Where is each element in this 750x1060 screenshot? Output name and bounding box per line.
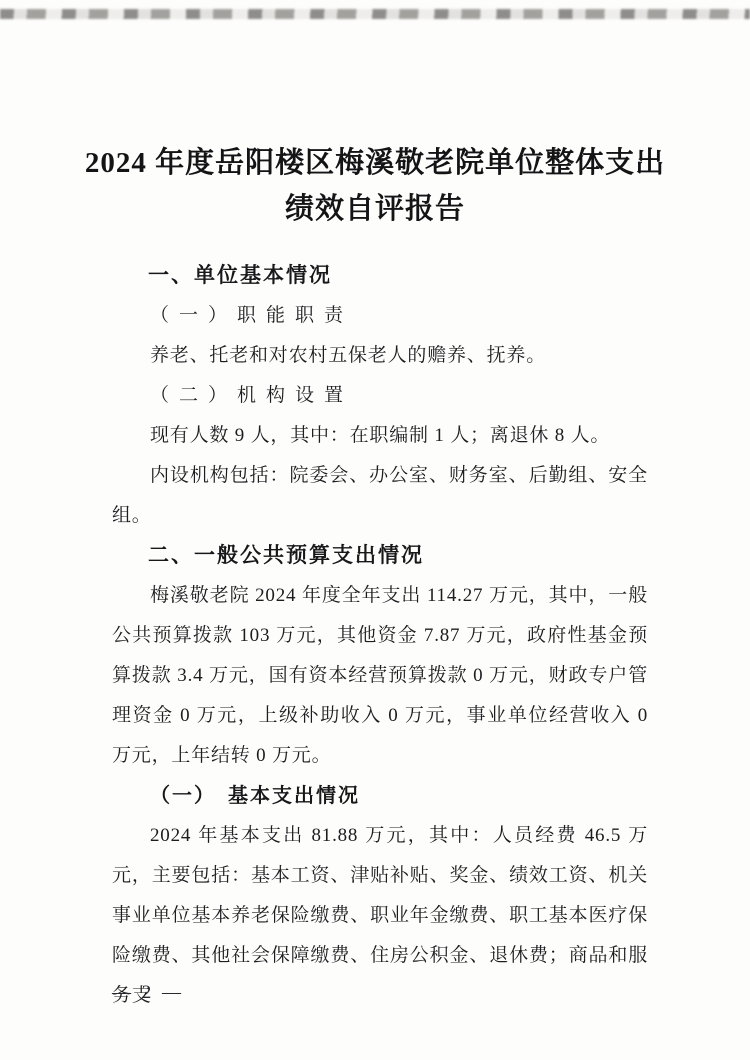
- scanned-document-page: 2024 年度岳阳楼区梅溪敬老院单位整体支出 绩效自评报告 一、单位基本情况 （…: [0, 0, 750, 1060]
- document-title-line-1: 2024 年度岳阳楼区梅溪敬老院单位整体支出: [0, 140, 750, 186]
- paragraph-internal-departments: 内设机构包括：院委会、办公室、财务室、后勤组、安全组。: [112, 456, 648, 536]
- section-heading-2: 二、一般公共预算支出情况: [112, 536, 648, 576]
- paragraph-basic-expenditure: 2024 年基本支出 81.88 万元，其中：人员经费 46.5 万元，主要包括…: [112, 816, 648, 1016]
- paragraph-staffing: 现有人数 9 人，其中：在职编制 1 人；离退休 8 人。: [112, 416, 648, 456]
- subsection-heading-2-1: （一） 基本支出情况: [112, 776, 648, 816]
- document-title: 2024 年度岳阳楼区梅溪敬老院单位整体支出 绩效自评报告: [0, 140, 750, 232]
- paragraph-annual-expenditure: 梅溪敬老院 2024 年度全年支出 114.27 万元，其中，一般公共预算拨款 …: [112, 576, 648, 776]
- subsection-heading-1-1: （一）职能职责: [112, 296, 648, 336]
- document-title-line-2: 绩效自评报告: [0, 186, 750, 232]
- paragraph-duties: 养老、托老和对农村五保老人的赡养、抚养。: [112, 336, 648, 376]
- page-number: — 2 —: [112, 982, 184, 1004]
- document-body: 一、单位基本情况 （一）职能职责 养老、托老和对农村五保老人的赡养、抚养。 （二…: [112, 256, 648, 1016]
- scan-artifact-top-edge: [0, 9, 750, 19]
- section-heading-1: 一、单位基本情况: [112, 256, 648, 296]
- subsection-heading-1-2: （二）机构设置: [112, 376, 648, 416]
